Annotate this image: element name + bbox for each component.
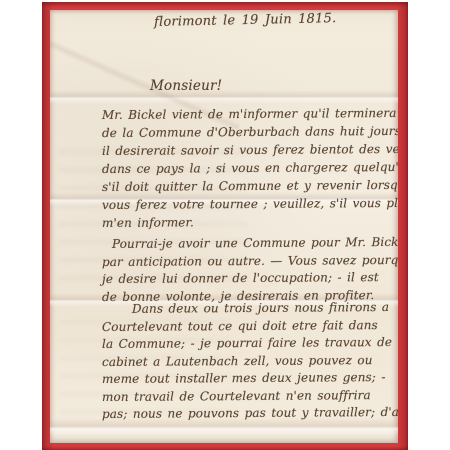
handwriting-line: de la Commune d'Oberburbach dans huit jo… bbox=[102, 122, 396, 142]
handwriting-line: par anticipation ou autre. — Vous savez … bbox=[102, 251, 396, 271]
handwriting-line: cabinet a Lautenbach zell, vous pouvez o… bbox=[102, 351, 396, 371]
letter-photo: florimont le 19 Juin 1815. Monsieur! Mr.… bbox=[0, 0, 450, 450]
handwriting-line: Pourrai-je avoir une Commune pour Mr. Bi… bbox=[102, 234, 396, 254]
handwriting-line: Courtelevant tout ce qui doit etre fait … bbox=[102, 316, 396, 336]
handwriting-line: il desirerait savoir si vous ferez bient… bbox=[102, 140, 396, 160]
handwriting-line: mon travail de Courtelevant n'en souffri… bbox=[102, 386, 396, 406]
handwriting-line: pas; nous ne pouvons pas tout y travaill… bbox=[102, 404, 396, 424]
handwriting-line: vous ferez votre tournee ; veuillez, s'i… bbox=[102, 194, 396, 214]
handwriting-line: la Commune; - je pourrai faire les trava… bbox=[102, 334, 396, 354]
fold-crease bbox=[50, 90, 398, 104]
handwriting-line: dans ce pays la ; si vous en chargerez q… bbox=[102, 158, 396, 178]
handwriting-line: je desire lui donner de l'occupation; - … bbox=[102, 269, 396, 289]
paragraph-3: Dans deux ou trois jours nous finirons a… bbox=[102, 301, 396, 424]
paragraph-1: Mr. Bickel vient de m'informer qu'il ter… bbox=[102, 106, 396, 232]
salutation: Monsieur! bbox=[150, 78, 222, 94]
handwriting-line: s'il doit quitter la Commune et y reveni… bbox=[102, 176, 396, 196]
paragraph-2: Pourrai-je avoir une Commune pour Mr. Bi… bbox=[102, 236, 396, 306]
handwriting-line: Dans deux ou trois jours nous finirons a bbox=[102, 299, 396, 319]
handwriting-line: m'en informer. bbox=[102, 212, 396, 232]
handwriting-line: Mr. Bickel vient de m'informer qu'il ter… bbox=[102, 104, 396, 124]
handwriting-line: meme tout installer mes deux jeunes gens… bbox=[102, 369, 396, 389]
letter-paper: florimont le 19 Juin 1815. Monsieur! Mr.… bbox=[50, 10, 398, 443]
dateline: florimont le 19 Juin 1815. bbox=[154, 11, 337, 30]
